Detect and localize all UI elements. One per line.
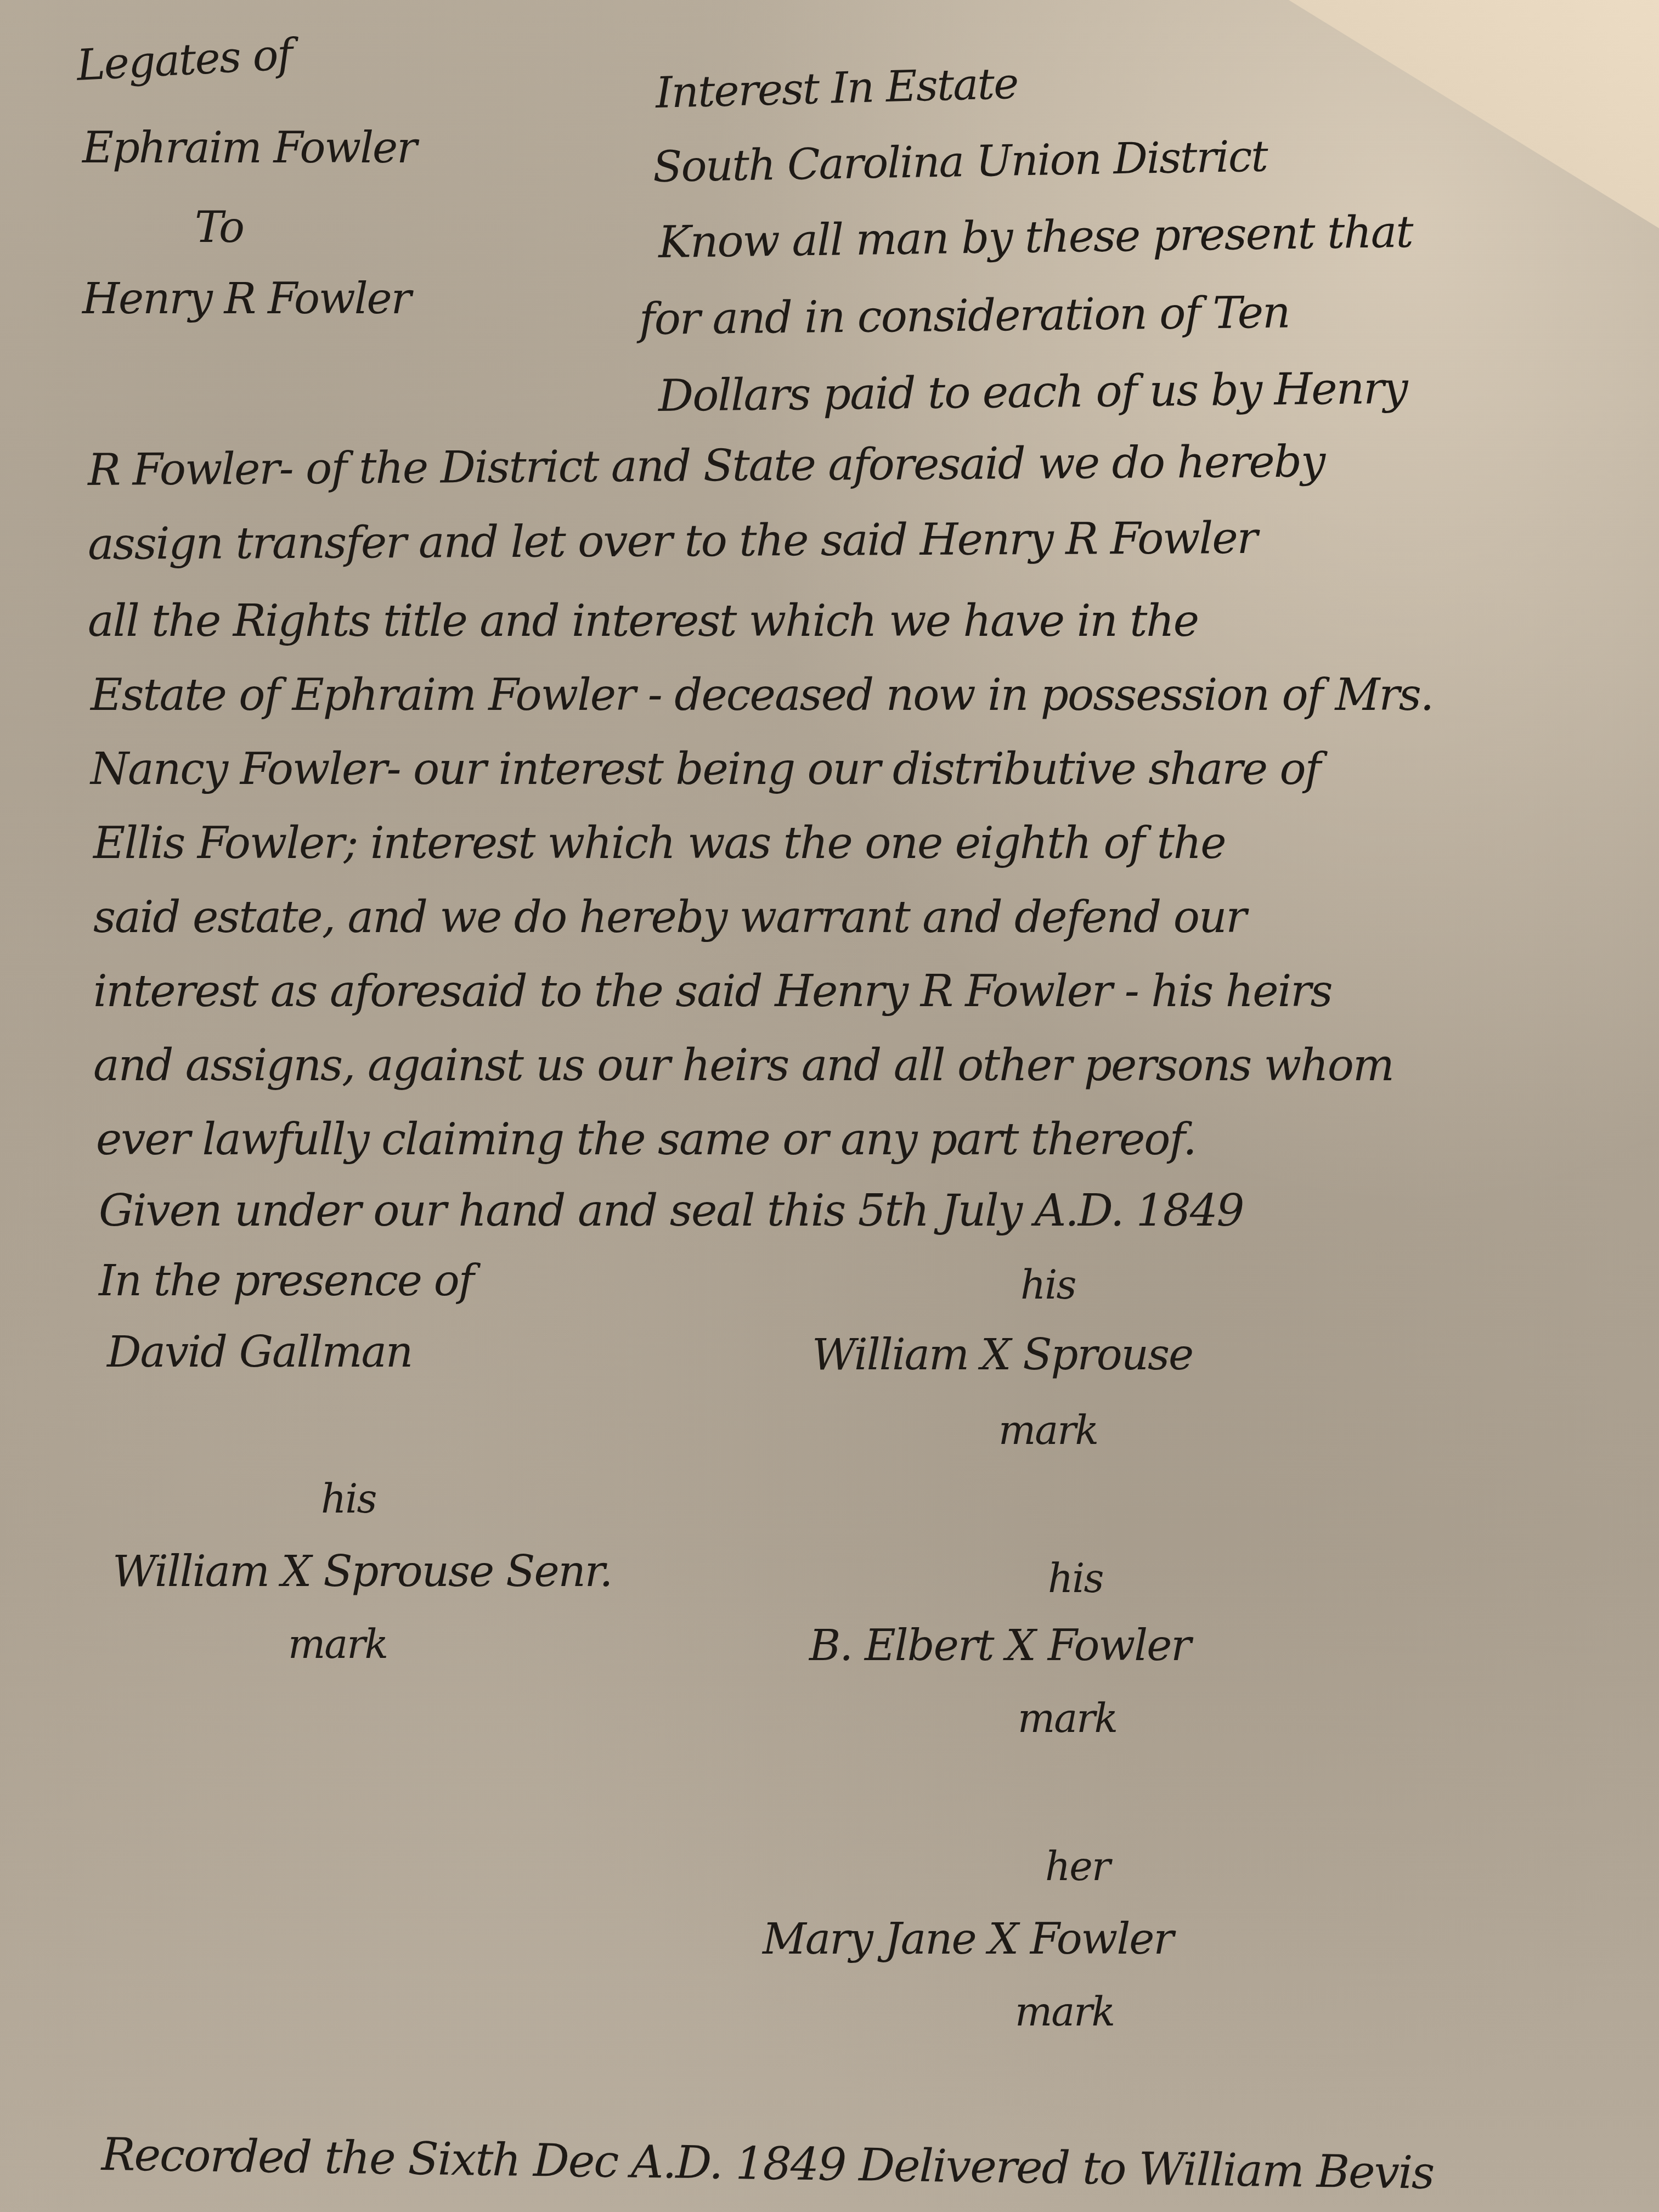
body-line: and assigns, against us our heirs and al… bbox=[93, 1040, 1393, 1091]
body-line: R Fowler- of the District and State afor… bbox=[88, 436, 1325, 495]
caption-know-all-man: Know all man by these present that bbox=[658, 206, 1413, 268]
witness-name: David Gallman bbox=[107, 1328, 412, 1377]
signature-mark: mark bbox=[1015, 1989, 1114, 2035]
body-line: assign transfer and let over to the said… bbox=[88, 512, 1257, 569]
signature-name: B. Elbert X Fowler bbox=[809, 1621, 1190, 1671]
body-line: said estate, and we do hereby warrant an… bbox=[93, 891, 1246, 943]
signature-mark: mark bbox=[998, 1407, 1098, 1453]
signature-pronoun: his bbox=[1020, 1262, 1075, 1308]
caption-henry-r-fowler: Henry R Fowler bbox=[82, 274, 410, 324]
body-line: all the Rights title and interest which … bbox=[88, 595, 1198, 646]
signature-mark: mark bbox=[288, 1621, 387, 1667]
signature-name: William X Sprouse bbox=[812, 1330, 1193, 1380]
signature-name: Mary Jane X Fowler bbox=[763, 1915, 1173, 1964]
signature-name: William X Sprouse Senr. bbox=[112, 1547, 612, 1596]
body-line: Ellis Fowler; interest which was the one… bbox=[93, 817, 1226, 868]
body-line: Nancy Fowler- our interest being our dis… bbox=[91, 743, 1320, 794]
signature-pronoun: her bbox=[1045, 1843, 1109, 1889]
signature-mark: mark bbox=[1018, 1695, 1117, 1741]
caption-dollars-paid: Dollars paid to each of us by Henry bbox=[658, 363, 1408, 421]
caption-to: To bbox=[195, 203, 244, 252]
body-line: ever lawfully claiming the same or any p… bbox=[96, 1114, 1196, 1165]
witness-label: In the presence of bbox=[99, 1256, 473, 1306]
signature-pronoun: his bbox=[321, 1476, 376, 1522]
body-line: interest as aforesaid to the said Henry … bbox=[93, 966, 1332, 1017]
signature-pronoun: his bbox=[1048, 1555, 1103, 1601]
caption-ephraim-fowler: Ephraim Fowler bbox=[82, 123, 416, 173]
caption-consideration: for and in consideration of Ten bbox=[639, 287, 1290, 345]
body-line: Estate of Ephraim Fowler - deceased now … bbox=[91, 669, 1433, 720]
caption-interest-in-estate: Interest In Estate bbox=[655, 59, 1018, 118]
body-line-given-under: Given under our hand and seal this 5th J… bbox=[99, 1185, 1243, 1236]
